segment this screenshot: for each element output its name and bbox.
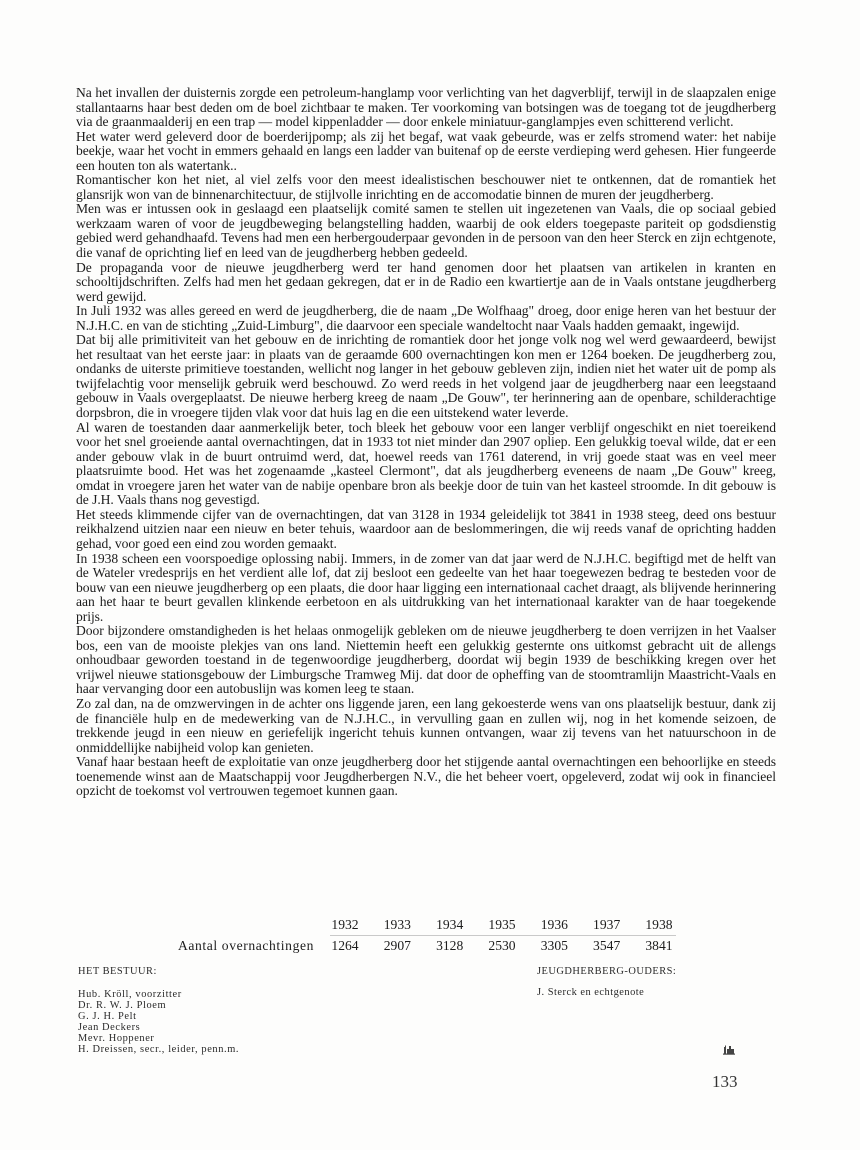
paragraph: In 1938 scheen een voorspoedige oplossin… [76,552,776,625]
paragraph: Al waren de toestanden daar aanmerkelijk… [76,421,776,508]
year-cell: 1937 [592,917,622,933]
year-cell: 1932 [330,917,360,933]
board-member: G. J. H. Pelt [78,1011,239,1022]
paragraph: Het steeds klimmende cijfer van de overn… [76,508,776,552]
article-body: Na het invallen der duisternis zorgde ee… [76,86,776,799]
paragraph: Zo zal dan, na de omzwervingen in de ach… [76,697,776,755]
paragraph: Het water werd geleverd door de boerderi… [76,130,776,174]
document-page: Na het invallen der duisternis zorgde ee… [0,0,860,1150]
value-cell: 3128 [435,938,465,954]
value-cell: 3547 [592,938,622,954]
paragraph: Vanaf haar bestaan heeft de exploitatie … [76,755,776,799]
hostel-parents-section: JEUGDHERBERG-OUDERS: J. Sterck en echtge… [537,966,676,998]
overnight-stats-table: 1932 1933 1934 1935 1936 1937 1938 Aanta… [100,915,680,956]
stats-value-row: Aantal overnachtingen 1264 2907 3128 253… [100,936,680,956]
value-cell: 3305 [539,938,569,954]
value-cell: 3841 [644,938,674,954]
stats-year-row: 1932 1933 1934 1935 1936 1937 1938 [100,915,680,935]
board-member: Mevr. Hoppener [78,1033,239,1044]
printer-mark-icon [723,1045,735,1055]
year-cell: 1938 [644,917,674,933]
parents-names: J. Sterck en echtgenote [537,987,676,998]
year-cell: 1934 [435,917,465,933]
board-member: Dr. R. W. J. Ploem [78,1000,239,1011]
page-number: 133 [712,1072,738,1092]
board-section: HET BESTUUR: Hub. Kröll, voorzitter Dr. … [78,966,239,1055]
row-label: Aantal overnachtingen [100,938,314,954]
value-cell: 2530 [487,938,517,954]
paragraph: Romantischer kon het niet, al viel zelfs… [76,173,776,202]
year-cell: 1933 [382,917,412,933]
value-cell: 1264 [330,938,360,954]
board-member: Jean Deckers [78,1022,239,1033]
paragraph: Dat bij alle primitiviteit van het gebou… [76,333,776,420]
board-member: Hub. Kröll, voorzitter [78,989,239,1000]
paragraph: Na het invallen der duisternis zorgde ee… [76,86,776,130]
paragraph: Men was er intussen ook in geslaagd een … [76,202,776,260]
parents-heading: JEUGDHERBERG-OUDERS: [537,966,676,977]
paragraph: In Juli 1932 was alles gereed en werd de… [76,304,776,333]
value-cell: 2907 [382,938,412,954]
year-cell: 1935 [487,917,517,933]
board-heading: HET BESTUUR: [78,966,239,977]
paragraph: Door bijzondere omstandigheden is het he… [76,624,776,697]
year-cell: 1936 [539,917,569,933]
paragraph: De propaganda voor de nieuwe jeugdherber… [76,261,776,305]
board-member: H. Dreissen, secr., leider, penn.m. [78,1044,239,1055]
